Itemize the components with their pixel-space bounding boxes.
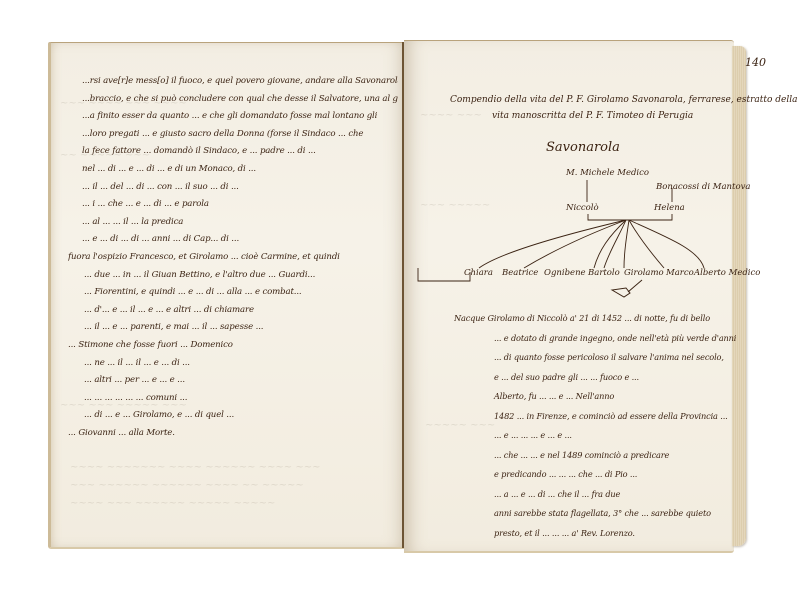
bleed-through-text: ~~~~ ~~~ ~~~~~~ ~~~~~ ~~~~~ — [70, 498, 275, 509]
handwritten-line: ... e dotato di grande ingegno, onde nel… — [468, 329, 738, 349]
tree-node-child: Beatrice — [502, 268, 538, 278]
chapter-title: Compendio della vita del P. F. Girolamo … — [450, 92, 740, 124]
right-page-text: Nacque Girolamo di Niccolò a' 21 di 1452… — [468, 309, 738, 543]
handwritten-line: ... due ... in ... il Giuan Bettino, e l… — [68, 267, 398, 285]
tree-node-grandfather: M. Michele Medico — [566, 168, 649, 178]
handwritten-line: fuora l'ospizio Francesco, et Girolamo .… — [68, 249, 398, 267]
handwritten-line: ... Stimone che fosse fuori ... Domenico — [68, 337, 398, 355]
handwritten-line: ... a ... e ... di ... che il ... fra du… — [468, 485, 738, 505]
tree-node-child-highlighted: Girolamo — [624, 268, 664, 278]
handwritten-line: ... altri ... per ... e ... e ... — [68, 372, 398, 390]
tree-node-child: Ognibene — [544, 268, 586, 278]
handwritten-line: ... Giovanni ... alla Morte. — [68, 425, 398, 443]
handwritten-line: ... di ... e ... Girolamo, e ... di quel… — [68, 407, 398, 425]
handwritten-line: 1482 ... in Firenze, e cominciò ad esser… — [468, 407, 738, 427]
handwritten-line: ... e ... di ... di ... anni ... di Cap.… — [82, 231, 398, 249]
bleed-through-text: ~~~ ~~~~~~ ~~~~~~ ~~~~ ~~ ~~~~~ — [70, 480, 304, 491]
tree-node-father: Niccolò — [566, 203, 599, 213]
tree-node-child: Marco — [666, 268, 694, 278]
title-line: vita manoscritta del P. F. Timoteo di Pe… — [450, 108, 740, 124]
handwritten-line: ...a finito esser da quanto ... e che gl… — [82, 108, 398, 126]
handwritten-line: ... il ... e ... parenti, e mai ... il .… — [68, 319, 398, 337]
handwritten-line: e ... del suo padre gli ... ... fuoco e … — [468, 368, 738, 388]
tree-node-child: Alberto Medico — [694, 268, 760, 278]
handwritten-line: ... d'... e ... il ... e ... e altri ...… — [68, 302, 398, 320]
handwritten-line: ...loro pregati ... e giusto sacro della… — [82, 126, 398, 144]
handwritten-line: Alberto, fu ... ... e ... Nell'anno — [468, 387, 738, 407]
tree-node-child: Bartolo — [588, 268, 620, 278]
handwritten-line: ...braccio, e che si può concludere con … — [82, 91, 398, 109]
handwritten-line: ... ... ... ... ... ... comuni ... — [68, 390, 398, 408]
handwritten-line: ... di quanto fosse pericoloso il salvar… — [468, 348, 738, 368]
family-tree: M. Michele Medico Bonacossi di Mantova N… — [404, 150, 734, 310]
handwritten-line: ... e ... ... ... e ... e ... — [468, 426, 738, 446]
handwritten-line: ...rsi ave[r]e mess[o] il fuoco, e quel … — [82, 73, 398, 91]
handwritten-line: ... al ... ... il ... la predica — [82, 214, 398, 232]
open-manuscript-book: ~~~ ~~~~ ~~~ ~~~~ ~~ ~~~~~ ~~~ ~~~ ~~~ ~… — [0, 0, 800, 591]
page-number: 140 — [745, 56, 766, 69]
handwritten-line: ... ne ... il ... il ... e ... di ... — [68, 355, 398, 373]
left-paragraph-1: ...rsi ave[r]e mess[o] il fuoco, e quel … — [82, 73, 398, 249]
handwritten-line: ... il ... del ... di ... con ... il suo… — [82, 179, 398, 197]
tree-node-mother: Helena — [654, 203, 685, 213]
handwritten-line: Nacque Girolamo di Niccolò a' 21 di 1452… — [454, 309, 738, 329]
left-paragraph-2: fuora l'ospizio Francesco, et Girolamo .… — [68, 249, 398, 443]
left-page-text: ...rsi ave[r]e mess[o] il fuoco, e quel … — [82, 73, 398, 442]
handwritten-line: ... i ... che ... e ... di ... e parola — [82, 196, 398, 214]
handwritten-line: presto, et il ... ... ... a' Rev. Lorenz… — [468, 524, 738, 544]
handwritten-line: la fece fattore ... domandò il Sindaco, … — [82, 143, 398, 161]
tree-node-mother-parent: Bonacossi di Mantova — [656, 182, 750, 192]
handwritten-line: e predicando ... ... ... che ... di Pio … — [468, 465, 738, 485]
title-line: Compendio della vita del P. F. Girolamo … — [450, 92, 740, 108]
handwritten-line: ... che ... ... e nel 1489 cominciò a pr… — [468, 446, 738, 466]
handwritten-line: anni sarebbe stata flagellata, 3° che ..… — [468, 504, 738, 524]
pointing-hand-glyph — [612, 280, 642, 297]
handwritten-line: nel ... di ... e ... di ... e di un Mona… — [82, 161, 398, 179]
handwritten-line: ... Fiorentini, e quindi ... e ... di ..… — [68, 284, 398, 302]
bleed-through-text: ~~~~ ~~~~~~~ ~~~~ ~~~~~~ ~~~~ ~~~ — [70, 462, 321, 473]
tree-node-child: Chiara — [464, 268, 493, 278]
